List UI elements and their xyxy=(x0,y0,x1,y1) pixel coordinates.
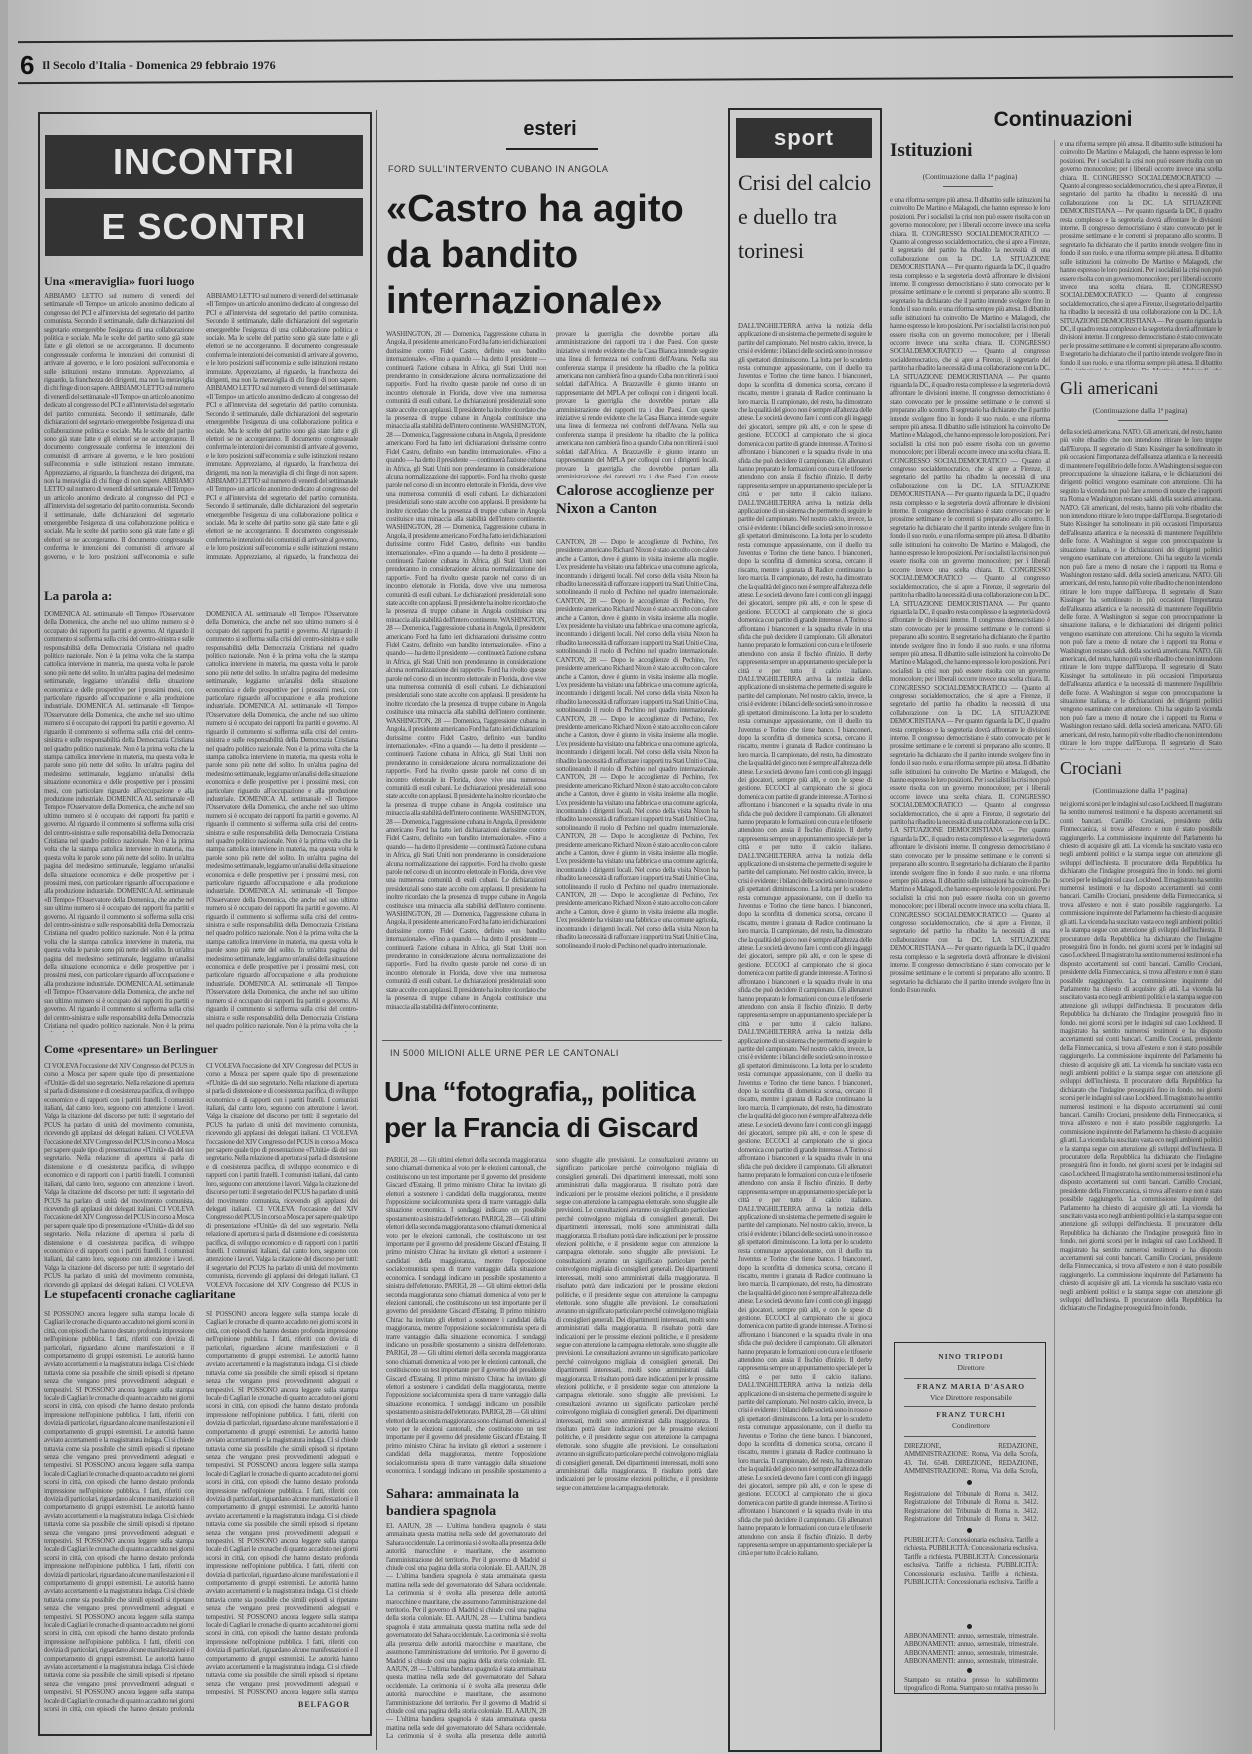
continuazioni-title: Continuazioni xyxy=(888,108,1238,132)
folio-line: Il Secolo d'Italia - Domenica 29 febbrai… xyxy=(42,58,276,73)
incontri-title-4: Le stupefacenti cronache cagliaritane xyxy=(44,1287,235,1302)
incontri-title-1: Una «meraviglia» fuori luogo xyxy=(44,274,194,289)
americani-title: Gli americani xyxy=(1060,378,1158,399)
incontri-text-4a: SI POSSONO ancora leggere sulla stampa l… xyxy=(44,1310,194,1715)
bullet-dot xyxy=(967,1528,972,1533)
incontri-text-3b: CI VOLEVA l'occasione del XIV Congresso … xyxy=(206,1062,358,1290)
colophon-director-role: Direttore xyxy=(896,1363,1046,1372)
bullet-dot xyxy=(967,1480,972,1485)
esteri-headline: «Castro ha agito da bandito internaziona… xyxy=(386,186,726,324)
nixon-headline: Calorose accoglienze per Nixon a Canton xyxy=(556,482,716,518)
column-divider xyxy=(376,110,377,1750)
americani-body: della società americana. NATO. Gli ameri… xyxy=(1060,428,1222,750)
page-number: 6 xyxy=(20,50,34,81)
esteri-kicker: FORD SULL'INTERVENTO CUBANO IN ANGOLA xyxy=(388,164,608,174)
sahara-headline: Sahara: ammainata la bandiera spagnola xyxy=(386,1486,546,1520)
colophon-rule-1 xyxy=(904,1378,1036,1379)
colophon-rule-2 xyxy=(904,1406,1036,1407)
colophon-note-4: ABBONAMENTI: annuo, semestrale, trimestr… xyxy=(904,1632,1038,1666)
bullet-dot xyxy=(967,1624,972,1629)
sport-label: sport xyxy=(736,118,872,158)
istituzioni-subtitle: (Continuazione dalla 1ª pagina) xyxy=(890,172,1050,181)
colophon-vice-role: Vice Direttore responsabile xyxy=(896,1393,1046,1402)
francia-kicker: IN 5000 MILIONI ALLE URNE PER LE CANTONA… xyxy=(390,1048,619,1058)
esteri-body-right: provare la guerriglia che dovrebbe porta… xyxy=(556,330,718,478)
incontri-text-3a: CI VOLEVA l'occasione del XIV Congresso … xyxy=(44,1062,194,1290)
colophon-note-2: Registrazione del Tribunale di Roma n. 3… xyxy=(904,1490,1038,1524)
istituzioni-title: Istituzioni xyxy=(890,140,972,162)
colophon-editor-role: Condirettore xyxy=(896,1421,1046,1430)
colophon-director: NINO TRIPODI xyxy=(896,1352,1046,1361)
top-rule xyxy=(18,35,1233,43)
colophon-note-3: PUBBLICITÀ: Concessionaria esclusiva. Ta… xyxy=(904,1536,1038,1586)
crociani-subtitle: (Continuazione dalla 1ª pagina) xyxy=(1060,786,1220,795)
folio-rule xyxy=(18,76,1233,84)
crociani-title: Crociani xyxy=(1060,758,1122,779)
signature: BELFAGOR xyxy=(298,1700,350,1709)
incontri-title-2: La parola a: xyxy=(44,588,112,604)
istituzioni-rule xyxy=(943,186,993,187)
istituzioni-body: e una riforma sempre più attesa. Il diba… xyxy=(890,196,1050,1316)
banner-incontri: INCONTRI xyxy=(45,135,363,189)
incontri-title-3: Come «presentare» un Berlinguer xyxy=(44,1042,218,1057)
sport-body: DALL'INGHILTERRA arriva la notizia della… xyxy=(738,322,872,1742)
americani-rule xyxy=(1118,420,1168,421)
incontri-text-1a: ABBIAMO LETTO sul numero di venerdì del … xyxy=(44,292,194,562)
incontri-text-2a: DOMENICA AL settimanale «Il Tempo» l'Oss… xyxy=(44,610,194,1032)
incontri-text-1b: ABBIAMO LETTO sul numero di venerdì del … xyxy=(206,292,358,562)
nixon-body: CANTON, 28 — Dopo le accoglienze di Pech… xyxy=(556,538,718,1028)
esteri-body-left: WASHINGTON, 28 — Domenica, l'aggressione… xyxy=(386,330,546,1030)
istituzioni-body-cont: e una riforma sempre più attesa. Il diba… xyxy=(1060,140,1222,370)
colophon-editor: FRANZ TURCHI xyxy=(896,1410,1046,1419)
francia-headline: Una “fotografia„ politica per la Francia… xyxy=(384,1074,729,1146)
francia-body-right: sono sfuggite alle previsioni. Le consul… xyxy=(556,1156,718,1746)
continuazioni-divider xyxy=(1054,140,1055,1730)
colophon-vice: FRANZ MARIA D'ASARO xyxy=(896,1382,1046,1391)
sport-headline: Crisi del calcio e duello tra torinesi xyxy=(738,166,873,268)
americani-subtitle: (Continuazione dalla 1ª pagina) xyxy=(1060,406,1220,415)
bullet-dot xyxy=(967,1668,972,1673)
banner-e-scontri: E SCONTRI xyxy=(45,198,363,256)
newspaper-page: 6 Il Secolo d'Italia - Domenica 29 febbr… xyxy=(8,0,1248,1754)
esteri-label: esteri xyxy=(380,118,720,141)
esteri-underline xyxy=(506,148,598,150)
incontri-text-4b: SI POSSONO ancora leggere sulla stampa l… xyxy=(206,1310,358,1695)
colophon-note-1: DIREZIONE, REDAZIONE, AMMINISTRAZIONE: R… xyxy=(904,1442,1038,1476)
colophon-rule-3 xyxy=(904,1436,1036,1437)
francia-body-left: PARIGI, 28 — Gli ultimi elettori della s… xyxy=(386,1156,546,1476)
crociani-body: nei giorni scorsi per le indagini sul ca… xyxy=(1060,800,1222,1700)
incontri-text-2b: DOMENICA AL settimanale «Il Tempo» l'Oss… xyxy=(206,610,358,1032)
colophon-note-5: Stampato su rotativa presso lo stabilime… xyxy=(904,1676,1038,1692)
sahara-body: EL AAIUN, 28 — L'ultima bandiera spagnol… xyxy=(386,1522,546,1742)
francia-rule xyxy=(382,1040,722,1041)
